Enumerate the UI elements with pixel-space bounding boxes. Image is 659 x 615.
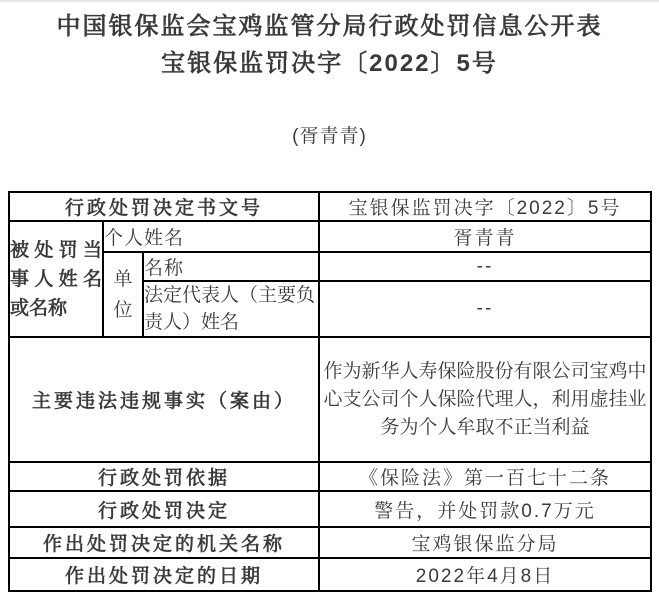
document-number-line: 宝银保监罚决字〔2022〕5号 xyxy=(0,45,659,82)
date-label: 作出处罚决定的日期 xyxy=(9,558,319,591)
row-doc-number: 行政处罚决定书文号 宝银保监罚决字〔2022〕5号 xyxy=(9,192,651,221)
legal-rep-label: 法定代表人（主要负责人）姓名 xyxy=(143,281,319,337)
authority-value: 宝鸡银保监分局 xyxy=(319,527,651,558)
authority-label: 作出处罚决定的机关名称 xyxy=(9,527,319,558)
subject-name-note: (胥青青) xyxy=(0,124,659,150)
violation-value: 作为新华人寿保险股份有限公司宝鸡中心支公司个人保险代理人，利用虚挂业务为个人牟取… xyxy=(319,337,651,462)
basis-value: 《保险法》第一百七十二条 xyxy=(319,462,651,491)
row-decision: 行政处罚决定 警告，并处罚款0.7万元 xyxy=(9,491,651,527)
decision-label: 行政处罚决定 xyxy=(9,491,319,527)
unit-label-cell: 单位 xyxy=(103,252,143,337)
doc-number-label: 行政处罚决定书文号 xyxy=(9,192,319,221)
basis-label: 行政处罚依据 xyxy=(9,462,319,491)
date-value: 2022年4月8日 xyxy=(319,558,651,591)
violation-label: 主要违法违规事实（案由） xyxy=(9,337,319,462)
unit-name-value: -- xyxy=(319,252,651,281)
row-personal-name: 被处罚当事人姓名或名称 个人姓名 胥青青 xyxy=(9,221,651,252)
legal-rep-value: -- xyxy=(319,281,651,337)
row-authority: 作出处罚决定的机关名称 宝鸡银保监分局 xyxy=(9,527,651,558)
unit-name-label: 名称 xyxy=(143,252,319,281)
document-title-line1: 中国银保监会宝鸡监管分局行政处罚信息公开表 xyxy=(0,8,659,45)
personal-name-value: 胥青青 xyxy=(319,221,651,252)
row-unit-name: 单位 名称 -- xyxy=(9,252,651,281)
personal-name-label: 个人姓名 xyxy=(103,221,319,252)
decision-value: 警告，并处罚款0.7万元 xyxy=(319,491,651,527)
penalty-disclosure-page: 中国银保监会宝鸡监管分局行政处罚信息公开表 宝银保监罚决字〔2022〕5号 (胥… xyxy=(0,0,659,615)
party-name-label: 被处罚当事人姓名或名称 xyxy=(9,221,103,337)
row-date: 作出处罚决定的日期 2022年4月8日 xyxy=(9,558,651,591)
doc-number-value: 宝银保监罚决字〔2022〕5号 xyxy=(319,192,651,221)
row-violation: 主要违法违规事实（案由） 作为新华人寿保险股份有限公司宝鸡中心支公司个人保险代理… xyxy=(9,337,651,462)
unit-label: 单位 xyxy=(113,264,133,326)
document-title: 中国银保监会宝鸡监管分局行政处罚信息公开表 宝银保监罚决字〔2022〕5号 xyxy=(0,8,659,82)
penalty-info-table: 行政处罚决定书文号 宝银保监罚决字〔2022〕5号 被处罚当事人姓名或名称 个人… xyxy=(8,191,652,592)
row-basis: 行政处罚依据 《保险法》第一百七十二条 xyxy=(9,462,651,491)
